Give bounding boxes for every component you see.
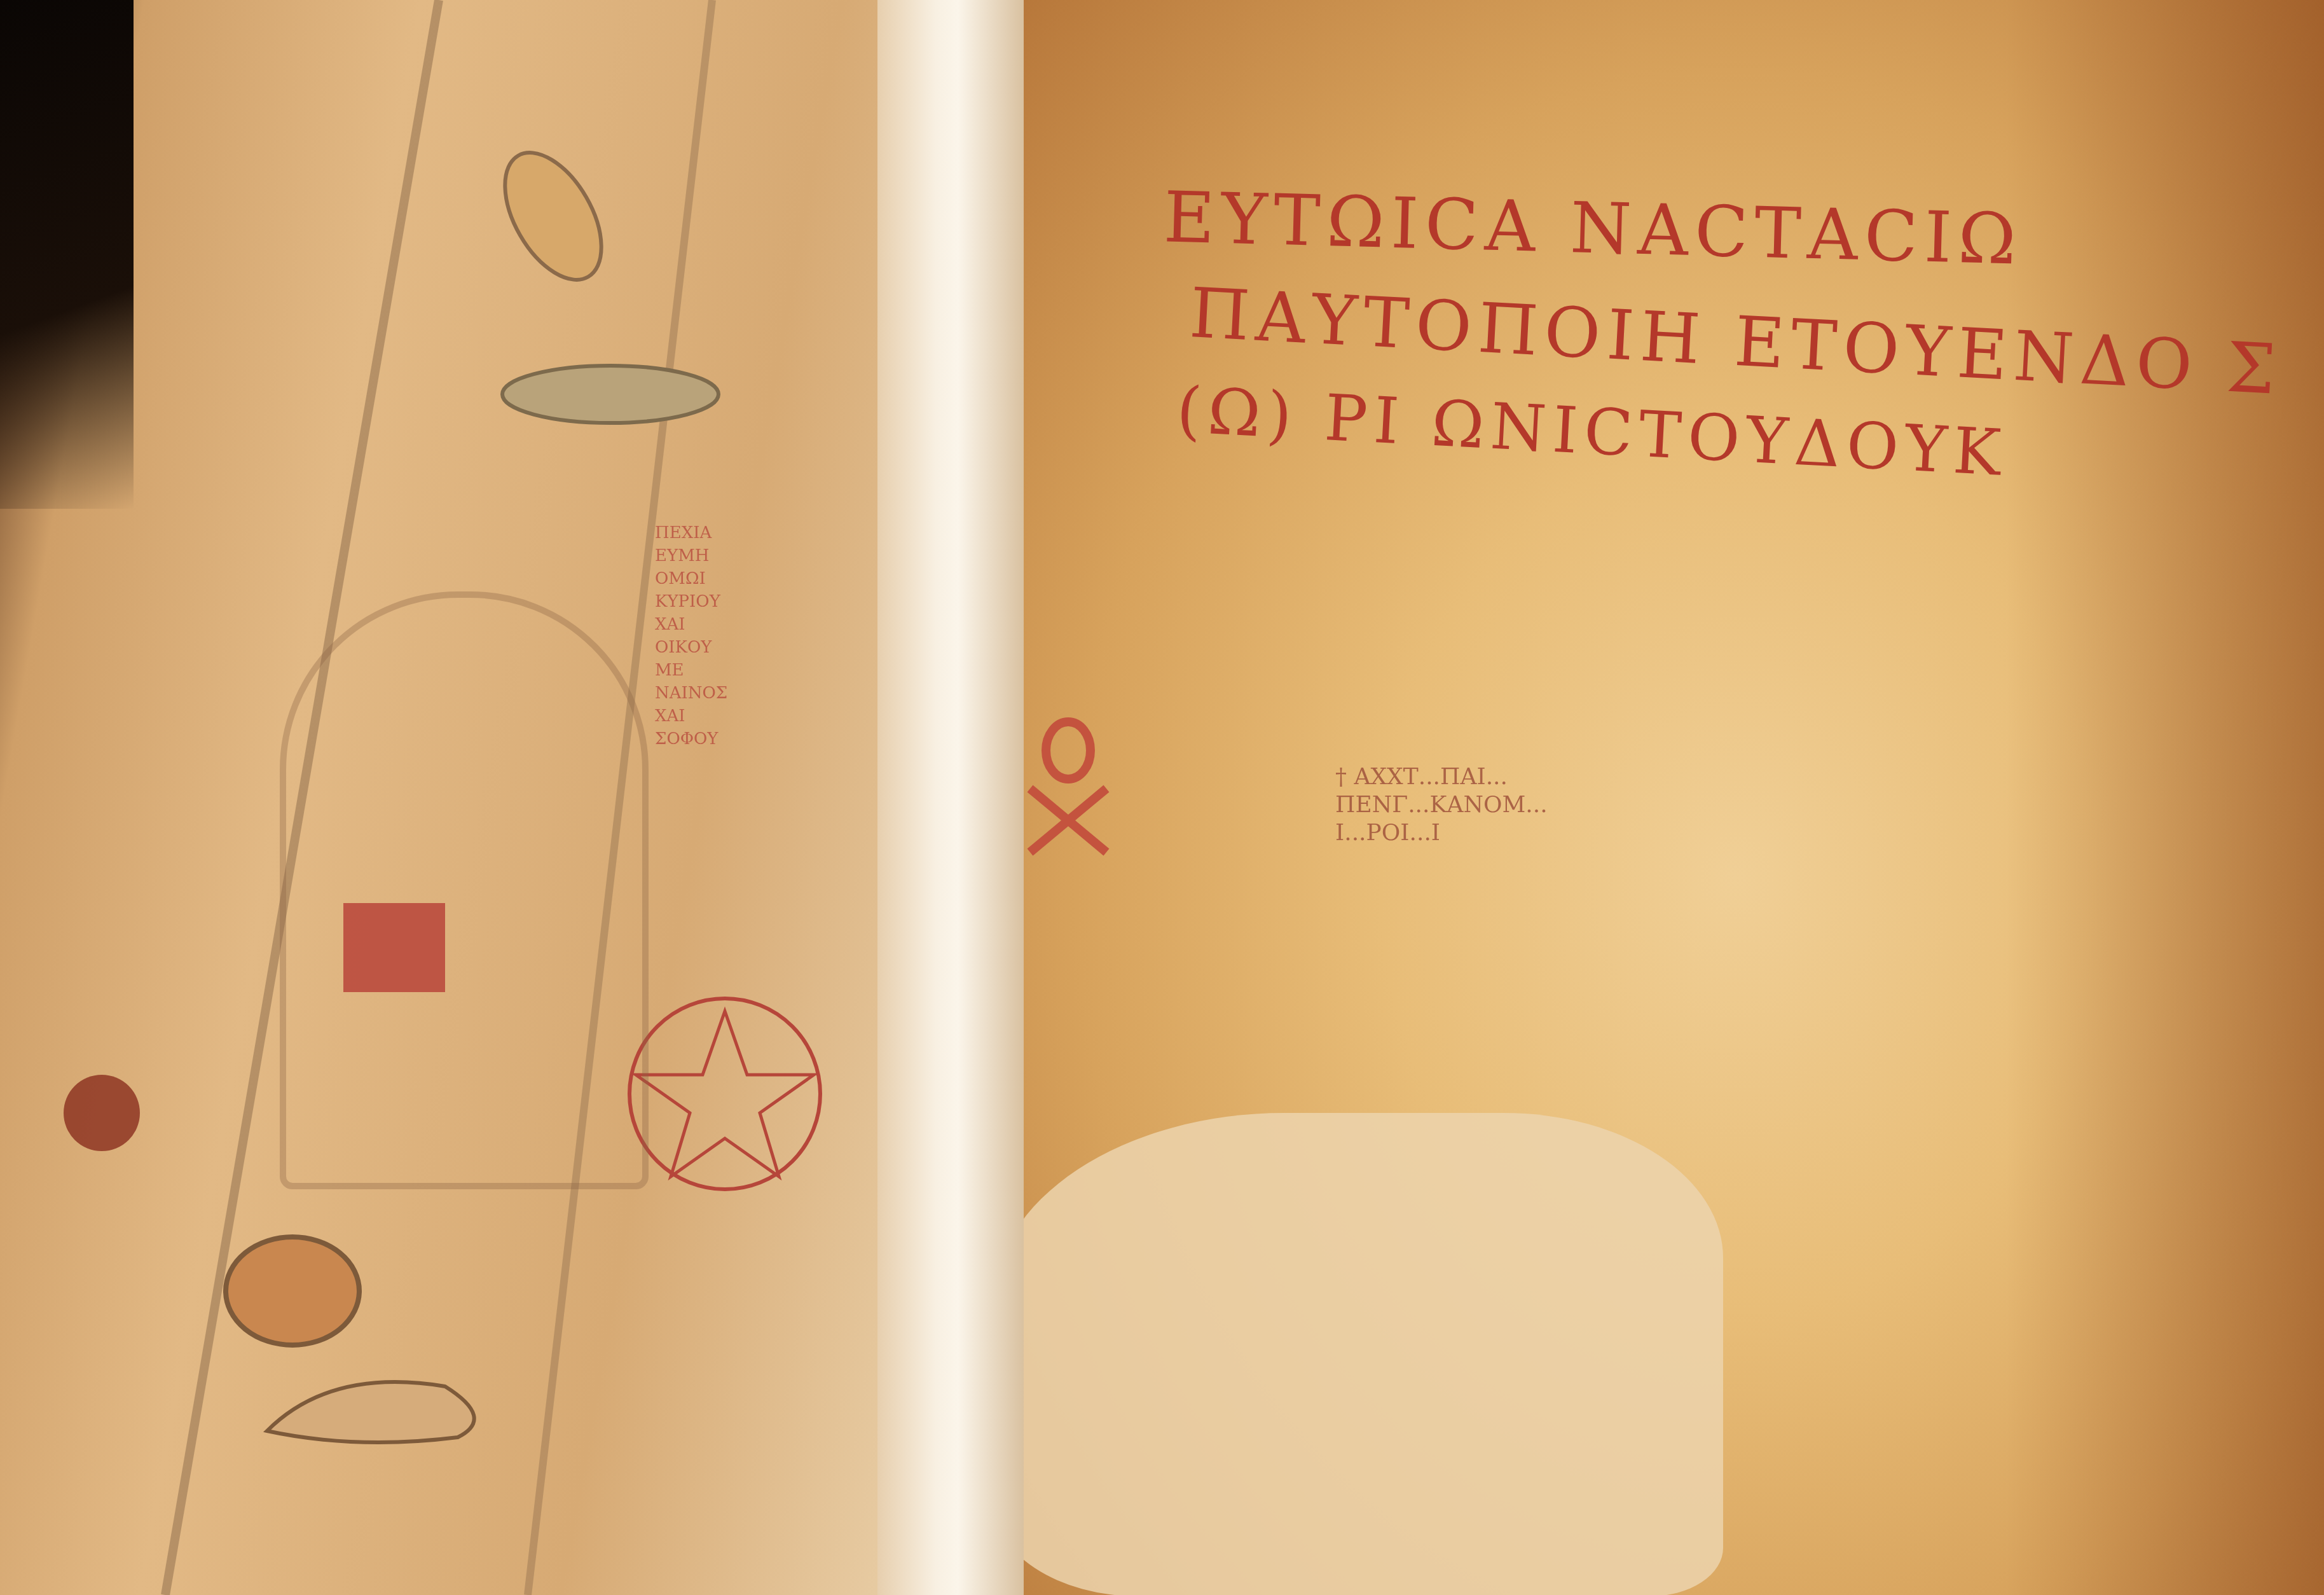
tomb-wall-photo: ΠΕΧΙΑ ΕΥΜΗ ΟΜΩΙ ΚΥΡΙΟΥ ΧΑΙ ΟΙΚΟΥ ΜΕ ΝΑΙΝ…	[0, 0, 2324, 1595]
column-greek-text: ΠΕΧΙΑ ΕΥΜΗ ΟΜΩΙ ΚΥΡΙΟΥ ΧΑΙ ΟΙΚΟΥ ΜΕ ΝΑΙΝ…	[655, 521, 865, 750]
ankh-cross-icon	[1005, 712, 1132, 903]
plaster-patch	[992, 1113, 1723, 1595]
wall-corner-edge	[877, 0, 1024, 1595]
wall-shadow	[2006, 0, 2324, 1595]
cartouche	[280, 591, 649, 1189]
secondary-inscription: † ΑΧΧΤ...ΠΑΙ... ΠΕΝΓ...ΚΑΝΟΜ... Ι...ΡΟΙ.…	[1335, 763, 1548, 847]
